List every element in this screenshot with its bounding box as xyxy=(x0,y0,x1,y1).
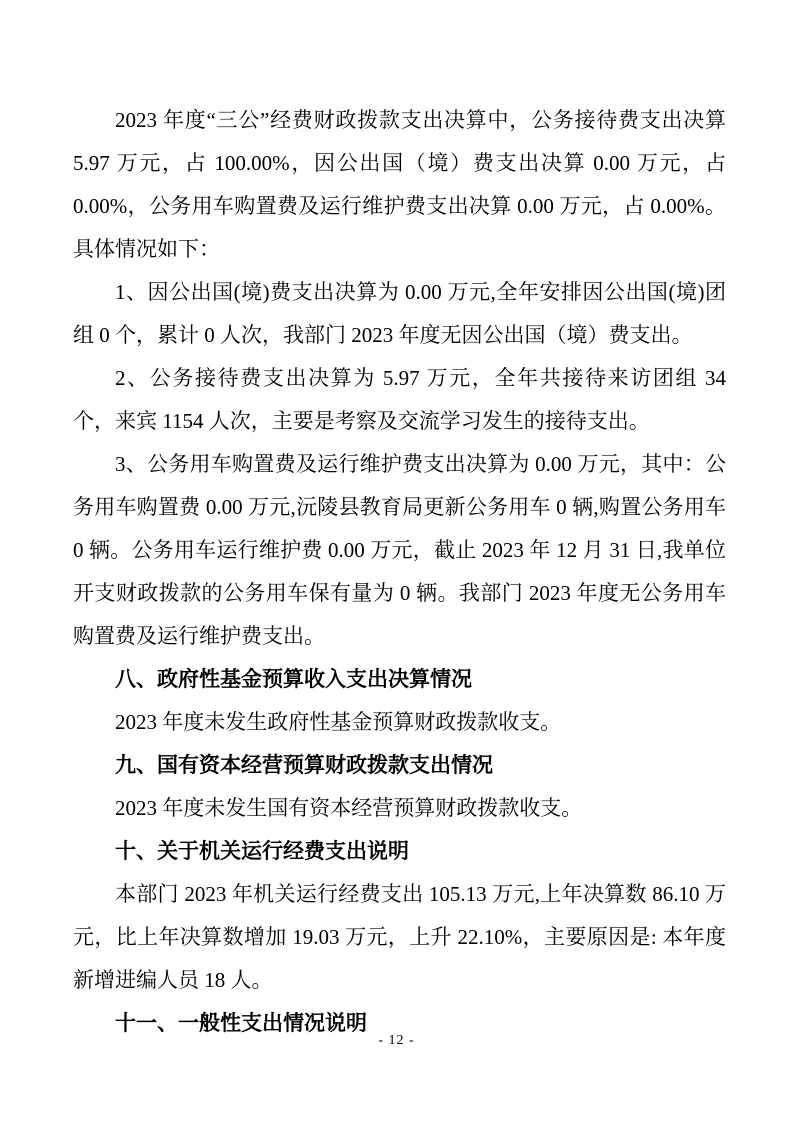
paragraph-agency-operating-expense: 本部门 2023 年机关运行经费支出 105.13 万元,上年决算数 86.10… xyxy=(73,873,726,1002)
section-heading-9: 九、国有资本经营预算财政拨款支出情况 xyxy=(73,744,726,787)
document-page: 2023 年度“三公”经费财政拨款支出决算中，公务接待费支出决算 5.97 万元… xyxy=(0,0,793,1122)
document-body: 2023 年度“三公”经费财政拨款支出决算中，公务接待费支出决算 5.97 万元… xyxy=(73,99,726,1045)
page-number: - 12 - xyxy=(0,1033,793,1049)
paragraph-item-2-official-reception: 2、公务接待费支出决算为 5.97 万元，全年共接待来访团组 34 个，来宾 1… xyxy=(73,357,726,443)
paragraph-item-1-overseas-travel: 1、因公出国(境)费支出决算为 0.00 万元,全年安排因公出国(境)团组 0 … xyxy=(73,271,726,357)
paragraph-three-public-summary: 2023 年度“三公”经费财政拨款支出决算中，公务接待费支出决算 5.97 万元… xyxy=(73,99,726,271)
paragraph-state-capital: 2023 年度未发生国有资本经营预算财政拨款收支。 xyxy=(73,787,726,830)
section-heading-8: 八、政府性基金预算收入支出决算情况 xyxy=(73,658,726,701)
section-heading-10: 十、关于机关运行经费支出说明 xyxy=(73,830,726,873)
paragraph-item-3-official-vehicles: 3、公务用车购置费及运行维护费支出决算为 0.00 万元，其中：公务用车购置费 … xyxy=(73,443,726,658)
paragraph-government-fund: 2023 年度未发生政府性基金预算财政拨款收支。 xyxy=(73,701,726,744)
